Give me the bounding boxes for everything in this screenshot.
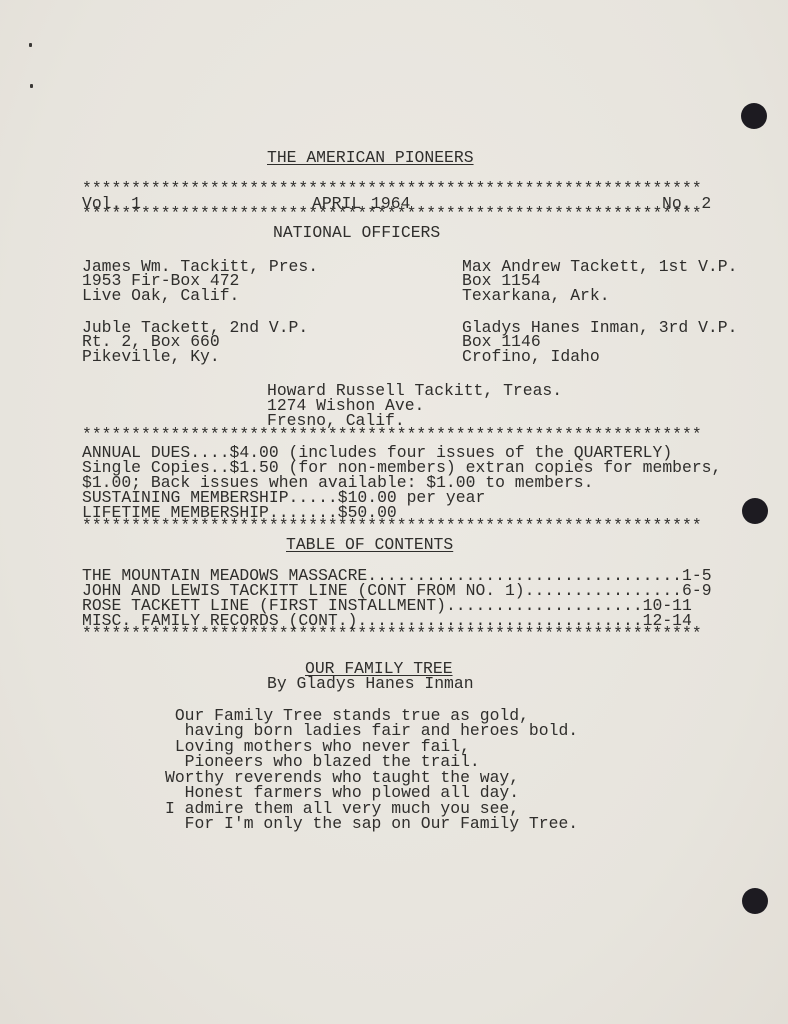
poem-line: having born ladies fair and heroes bold. bbox=[165, 724, 578, 738]
poem-line: Pioneers who blazed the trail. bbox=[165, 755, 480, 769]
star-divider: ****************************************… bbox=[82, 428, 702, 442]
newsletter-title: THE AMERICAN PIONEERS bbox=[267, 151, 474, 165]
poem-line: Honest farmers who plowed all day. bbox=[165, 786, 519, 800]
star-divider: ****************************************… bbox=[82, 207, 702, 221]
punch-hole-middle bbox=[742, 498, 768, 524]
star-divider: ****************************************… bbox=[82, 519, 702, 533]
officer-city: Pikeville, Ky. bbox=[82, 350, 220, 364]
paper-speck bbox=[30, 84, 33, 88]
punch-hole-top bbox=[741, 103, 767, 129]
officer-city: Crofino, Idaho bbox=[462, 350, 600, 364]
punch-hole-bottom bbox=[742, 888, 768, 914]
officer-city: Texarkana, Ark. bbox=[462, 289, 610, 303]
officers-heading: NATIONAL OFFICERS bbox=[273, 226, 440, 240]
officer-city: Live Oak, Calif. bbox=[82, 289, 239, 303]
poem-line: For I'm only the sap on Our Family Tree. bbox=[165, 817, 578, 831]
poem-byline: By Gladys Hanes Inman bbox=[267, 677, 474, 691]
star-divider: ****************************************… bbox=[82, 627, 702, 641]
paper-speck bbox=[29, 43, 32, 47]
toc-heading: TABLE OF CONTENTS bbox=[286, 538, 453, 552]
document-page: THE AMERICAN PIONEERS ******************… bbox=[0, 0, 788, 1024]
